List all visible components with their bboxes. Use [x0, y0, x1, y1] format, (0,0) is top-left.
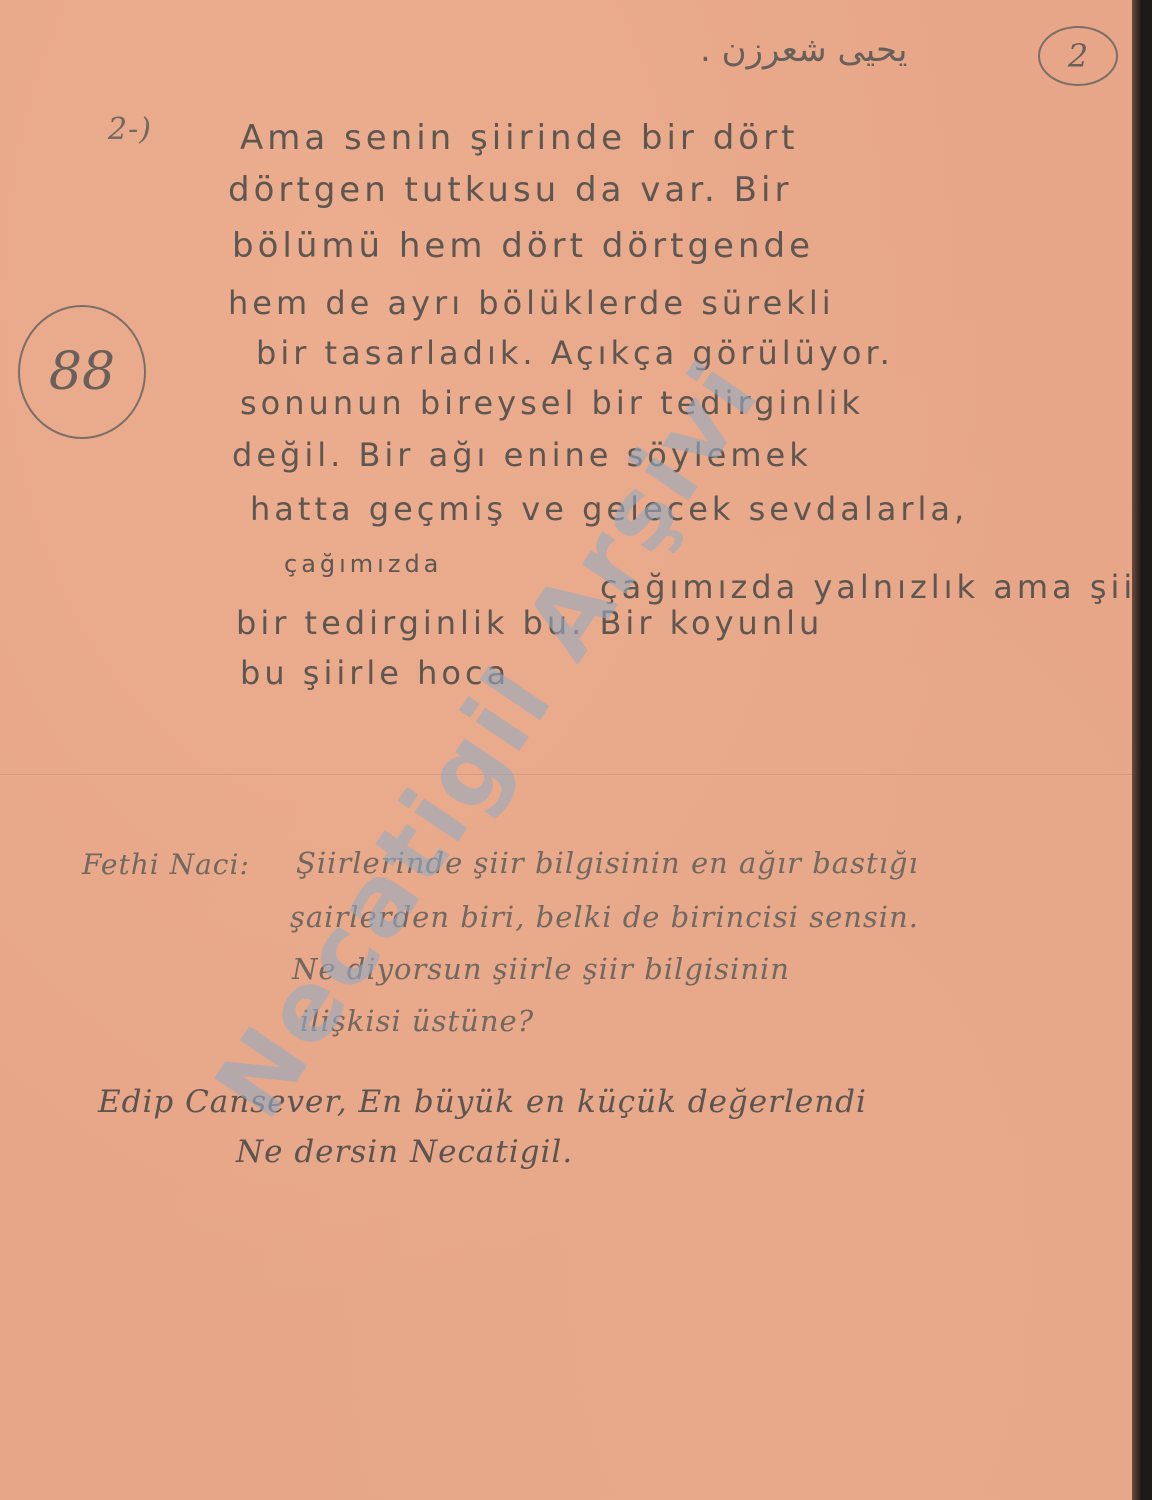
section1-line-11: bu şiirle hoca	[240, 654, 510, 692]
section3-line-1: Edip Cansever, En büyük en küçük değerle…	[98, 1084, 867, 1120]
section1-line-7: değil. Bir ağı enine söylemek	[232, 436, 812, 474]
section2-line-1: Şiirlerinde şiir bilgisinin en ağır bast…	[296, 846, 919, 880]
circled-page-number: 2	[1038, 26, 1118, 86]
section1-marker: 2-)	[108, 112, 152, 147]
section3-line-2: Ne dersin Necatigil.	[236, 1134, 573, 1170]
section1-insertion: çağımızda	[284, 550, 442, 578]
paper-fold-line	[0, 774, 1142, 776]
section2-line-2: şairlerden biri, belki de birincisi sens…	[290, 900, 919, 934]
section1-line-10: bir tedirginlik bu. Bir koyunlu	[236, 604, 823, 642]
section1-line-1: Ama senin şiirinde bir dört	[240, 118, 798, 158]
arabic-header-text: يحيى شعرزن .	[700, 30, 907, 70]
page-number-text: 2	[1068, 37, 1088, 75]
section1-line-6: sonunun bireysel bir tedirginlik	[240, 384, 864, 422]
section1-line-5: bir tasarladık. Açıkça görülüyor.	[256, 334, 894, 372]
section2-line-3: Ne diyorsun şiirle şiir bilgisinin	[292, 952, 790, 986]
section1-line-4: hem de ayrı bölüklerde sürekli	[228, 284, 835, 322]
scan-edge-border	[1132, 0, 1142, 1500]
section1-line-3: bölümü hem dört dörtgende	[232, 226, 814, 266]
section2-line-4: ilişkisi üstüne?	[300, 1004, 534, 1038]
circled-archive-number: 88	[18, 305, 146, 439]
section1-line-8: hatta geçmiş ve gelecek sevdalarla,	[250, 490, 968, 528]
manuscript-page: يحيى شعرزن . 2 88 2-) Ama senin şiirinde…	[0, 0, 1142, 1500]
section1-line-9: çağımızda yalnızlık ama şiire giden	[600, 568, 1142, 606]
section2-speaker: Fethi Naci:	[82, 848, 250, 881]
archive-number-text: 88	[49, 342, 115, 402]
section1-line-2: dörtgen tutkusu da var. Bir	[228, 170, 792, 210]
